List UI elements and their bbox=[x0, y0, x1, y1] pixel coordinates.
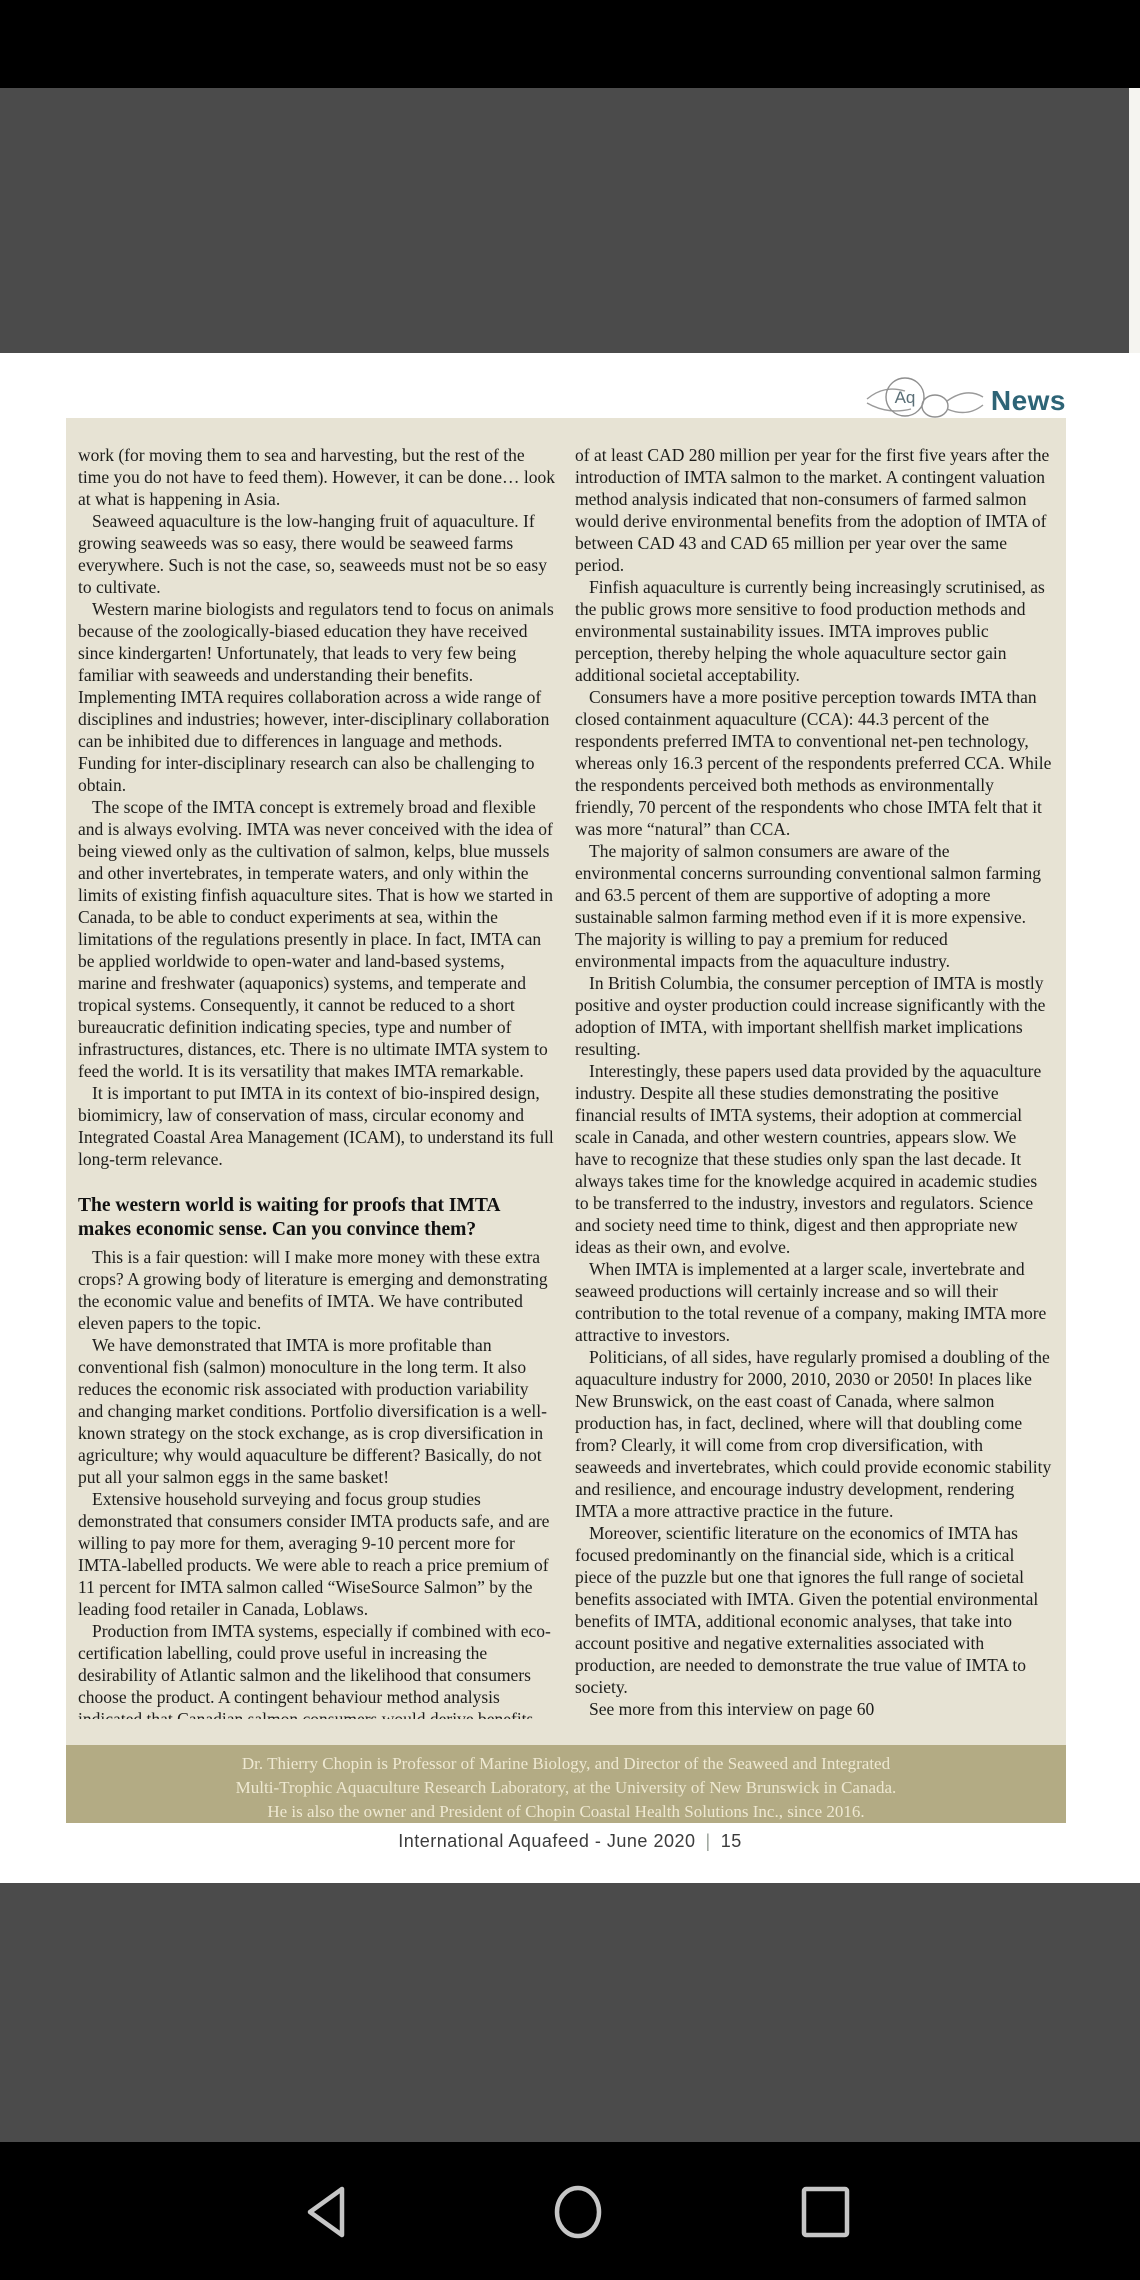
status-bar bbox=[0, 0, 1140, 88]
paragraph: It is important to put IMTA in its conte… bbox=[78, 1082, 555, 1170]
back-triangle-icon bbox=[302, 2185, 358, 2239]
page-edge-strip bbox=[1129, 88, 1140, 353]
news-section-title: News bbox=[991, 385, 1066, 417]
back-button[interactable] bbox=[302, 2185, 358, 2239]
author-bio-line: Multi-Trophic Aquaculture Research Labor… bbox=[66, 1776, 1066, 1800]
paragraph: When IMTA is implemented at a larger sca… bbox=[575, 1258, 1052, 1346]
paragraph: Moreover, scientific literature on the e… bbox=[575, 1522, 1052, 1698]
author-bio-line: Dr. Thierry Chopin is Professor of Marin… bbox=[66, 1752, 1066, 1776]
home-circle-icon bbox=[550, 2185, 606, 2239]
paragraph: Politicians, of all sides, have regularl… bbox=[575, 1346, 1052, 1522]
paragraph: In British Columbia, the consumer percep… bbox=[575, 972, 1052, 1060]
paragraph: Consumers have a more positive perceptio… bbox=[575, 686, 1052, 840]
logo-monogram: Aq bbox=[894, 388, 915, 407]
author-bio-box: Dr. Thierry Chopin is Professor of Marin… bbox=[66, 1745, 1066, 1823]
viewer-background-bottom bbox=[0, 1883, 1140, 2142]
paragraph: The majority of salmon consumers are awa… bbox=[575, 840, 1052, 972]
recents-square-icon bbox=[798, 2185, 854, 2239]
recents-button[interactable] bbox=[798, 2185, 854, 2239]
paragraph: of at least CAD 280 million per year for… bbox=[575, 444, 1052, 576]
phone-screen: Aq News work (for moving them to sea and… bbox=[0, 0, 1140, 2280]
paragraph: Western marine biologists and regulators… bbox=[78, 598, 555, 796]
publication-name: International Aquafeed - June 2020 bbox=[398, 1831, 695, 1851]
paragraph: Extensive household surveying and focus … bbox=[78, 1488, 555, 1620]
viewer-background-top bbox=[0, 88, 1140, 353]
section-heading: The western world is waiting for proofs … bbox=[78, 1194, 555, 1242]
paragraph: The scope of the IMTA concept is extreme… bbox=[78, 796, 555, 1082]
page-number: 15 bbox=[721, 1831, 742, 1851]
author-bio-line: He is also the owner and President of Ch… bbox=[66, 1800, 1066, 1824]
home-button[interactable] bbox=[550, 2185, 606, 2239]
paragraph: Finfish aquaculture is currently being i… bbox=[575, 576, 1052, 686]
footer-separator: | bbox=[696, 1831, 721, 1851]
paragraph: work (for moving them to sea and harvest… bbox=[78, 444, 555, 510]
paragraph: Interestingly, these papers used data pr… bbox=[575, 1060, 1052, 1258]
paragraph: This is a fair question: will I make mor… bbox=[78, 1246, 555, 1334]
paragraph: Production from IMTA systems, especially… bbox=[78, 1620, 555, 1719]
see-more-note: See more from this interview on page 60 bbox=[575, 1698, 1052, 1719]
article-body: work (for moving them to sea and harvest… bbox=[66, 418, 1066, 1745]
android-navigation-bar bbox=[0, 2142, 1140, 2280]
paragraph: We have demonstrated that IMTA is more p… bbox=[78, 1334, 555, 1488]
page-footer: International Aquafeed - June 2020|15 bbox=[0, 1831, 1140, 1852]
paragraph: Seaweed aquaculture is the low-hanging f… bbox=[78, 510, 555, 598]
document-page[interactable]: Aq News work (for moving them to sea and… bbox=[0, 353, 1140, 1883]
right-column: of at least CAD 280 million per year for… bbox=[575, 444, 1052, 1719]
left-column: work (for moving them to sea and harvest… bbox=[78, 444, 555, 1719]
